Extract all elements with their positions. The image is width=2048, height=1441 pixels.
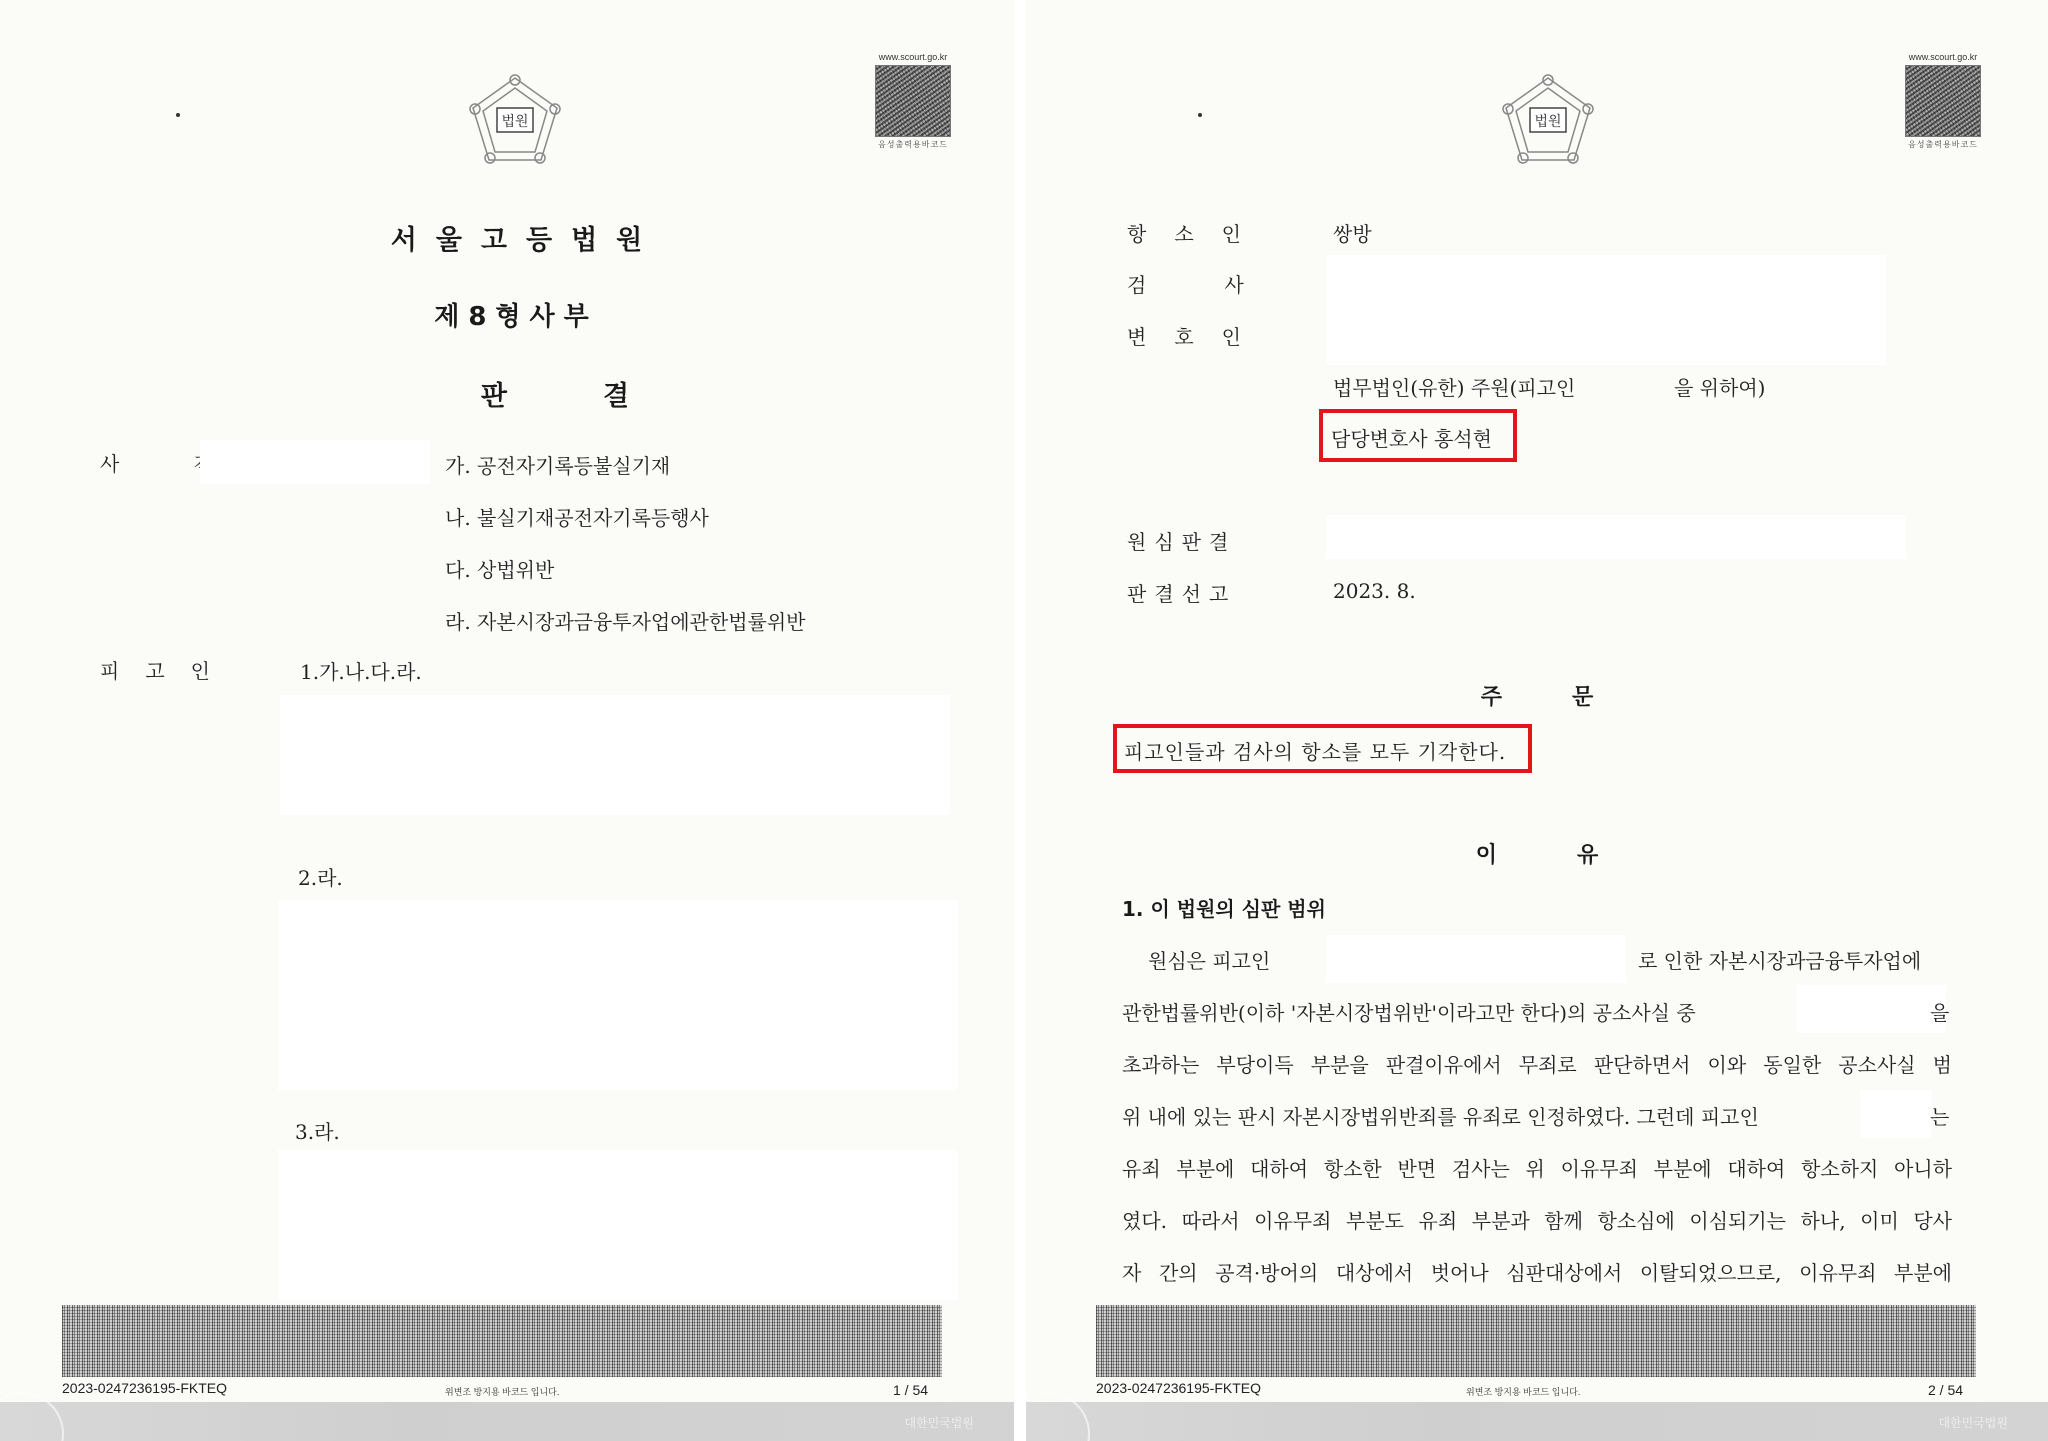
order-heading: 주문 — [1026, 680, 2048, 711]
defendant-entry: 1.가.나.다.라. — [300, 656, 422, 685]
redaction-block — [1326, 515, 1906, 559]
redaction-block — [278, 1150, 958, 1300]
appellant-label: 항소인 — [1127, 218, 1269, 247]
prosecutor-label: 검사 — [1127, 269, 1322, 298]
paragraph-line: 자 간의 공격·방어의 대상에서 벗어나 심판대상에서 이탈되었으므로, 이유무… — [1122, 1257, 1952, 1286]
defendants-label: 피고인 — [100, 655, 236, 684]
qr-url: www.scourt.go.kr — [1904, 52, 1982, 63]
page-number: 2 / 54 — [1928, 1382, 1963, 1398]
qr-caption: 음성출력용바코드 — [874, 139, 952, 150]
counsel-lawyer: 담당변호사 홍석현 — [1331, 423, 1492, 452]
appellant-value: 쌍방 — [1333, 218, 1372, 247]
court-brand-label: 대한민국법원 — [1938, 1414, 2008, 1431]
qr-code-icon — [1905, 65, 1981, 137]
paragraph-line: 원심은 피고인 — [1148, 945, 1270, 974]
barcode-notice: 위변조 방지용 바코드 입니다. — [445, 1385, 559, 1398]
paragraph-line: 유죄 부분에 대하여 항소한 반면 검사는 위 이유무죄 부분에 대하여 항소하… — [1122, 1153, 1952, 1182]
document-type-title: 판결 — [0, 374, 1014, 413]
verification-qr: www.scourt.go.kr 음성출력용바코드 — [874, 52, 952, 150]
footer-band: 대한민국법원 — [0, 1402, 1014, 1441]
court-seal-icon: 법원 — [465, 72, 565, 172]
paragraph-line: 초과하는 부당이득 부분을 판결이유에서 무죄로 판단하면서 이와 동일한 공소… — [1122, 1049, 1952, 1078]
section-title: 1. 이 법원의 심판 범위 — [1122, 893, 1326, 922]
redaction-block — [278, 900, 958, 1090]
division-name: 제8형사부 — [0, 296, 1014, 333]
anti-forgery-barcode — [1096, 1305, 1976, 1377]
paragraph-line: 는 — [1930, 1101, 1949, 1130]
paragraph-line: 위 내에 있는 판시 자본시장법위반죄를 유죄로 인정하였다. 그런데 피고인 — [1122, 1101, 1759, 1130]
paragraph-line: 을 — [1930, 997, 1949, 1026]
case-item: 가. 공전자기록등불실기재 — [445, 450, 670, 479]
redaction-block — [1326, 935, 1626, 983]
svg-text:법원: 법원 — [501, 113, 528, 130]
qr-code-icon — [875, 65, 951, 137]
scan-speck — [176, 113, 180, 117]
court-seal-icon: 법원 — [1498, 72, 1598, 172]
verdict-date-label: 판결선고 — [1127, 578, 1236, 607]
paragraph-line: 로 인한 자본시장과금융투자업에 — [1638, 945, 1921, 974]
redaction-block — [1326, 255, 1886, 365]
redaction-block — [200, 440, 430, 484]
document-id: 2023-0247236195-FKTEQ — [62, 1380, 227, 1396]
case-item: 다. 상법위반 — [445, 554, 554, 583]
case-item: 라. 자본시장과금융투자업에관한법률위반 — [445, 606, 805, 635]
qr-url: www.scourt.go.kr — [874, 52, 952, 63]
judgment-page-1: 법원 www.scourt.go.kr 음성출력용바코드 서울고등법원 제8형사… — [0, 0, 1014, 1441]
page-number: 1 / 54 — [893, 1382, 928, 1398]
scan-speck — [1198, 113, 1202, 117]
court-name: 서울고등법원 — [0, 218, 1014, 257]
counsel-suffix: 을 위하여) — [1674, 372, 1765, 401]
verdict-date-value: 2023. 8. — [1333, 579, 1416, 603]
verification-qr: www.scourt.go.kr 음성출력용바코드 — [1904, 52, 1982, 150]
defendant-entry: 2.라. — [298, 862, 343, 891]
anti-forgery-barcode — [62, 1305, 942, 1377]
document-id: 2023-0247236195-FKTEQ — [1096, 1380, 1261, 1396]
paragraph-line: 였다. 따라서 이유무죄 부분도 유죄 부분과 함께 항소심에 이심되기는 하나… — [1122, 1205, 1952, 1234]
redaction-block — [1796, 985, 1946, 1033]
qr-caption: 음성출력용바코드 — [1904, 139, 1982, 150]
redaction-block — [1860, 1090, 1932, 1138]
judgment-page-2: 법원 www.scourt.go.kr 음성출력용바코드 항소인 쌍방 검사 변… — [1026, 0, 2048, 1441]
footer-band: 대한민국법원 — [1026, 1402, 2048, 1441]
svg-text:법원: 법원 — [1534, 113, 1561, 130]
defense-counsel-label: 변호인 — [1127, 321, 1269, 350]
redaction-block — [280, 695, 950, 815]
paragraph-line: 관한법률위반(이하 '자본시장법위반'이라고만 한다)의 공소사실 중 — [1122, 997, 1696, 1026]
order-text: 피고인들과 검사의 항소를 모두 기각한다. — [1124, 736, 1506, 765]
counsel-firm: 법무법인(유한) 주원(피고인 — [1333, 372, 1575, 401]
reason-heading: 이유 — [1026, 838, 2048, 869]
defendant-entry: 3.라. — [295, 1116, 340, 1145]
barcode-notice: 위변조 방지용 바코드 입니다. — [1466, 1385, 1580, 1398]
court-brand-label: 대한민국법원 — [904, 1414, 974, 1431]
lower-court-judgment-label: 원심판결 — [1127, 526, 1236, 555]
case-item: 나. 불실기재공전자기록등행사 — [445, 502, 709, 531]
